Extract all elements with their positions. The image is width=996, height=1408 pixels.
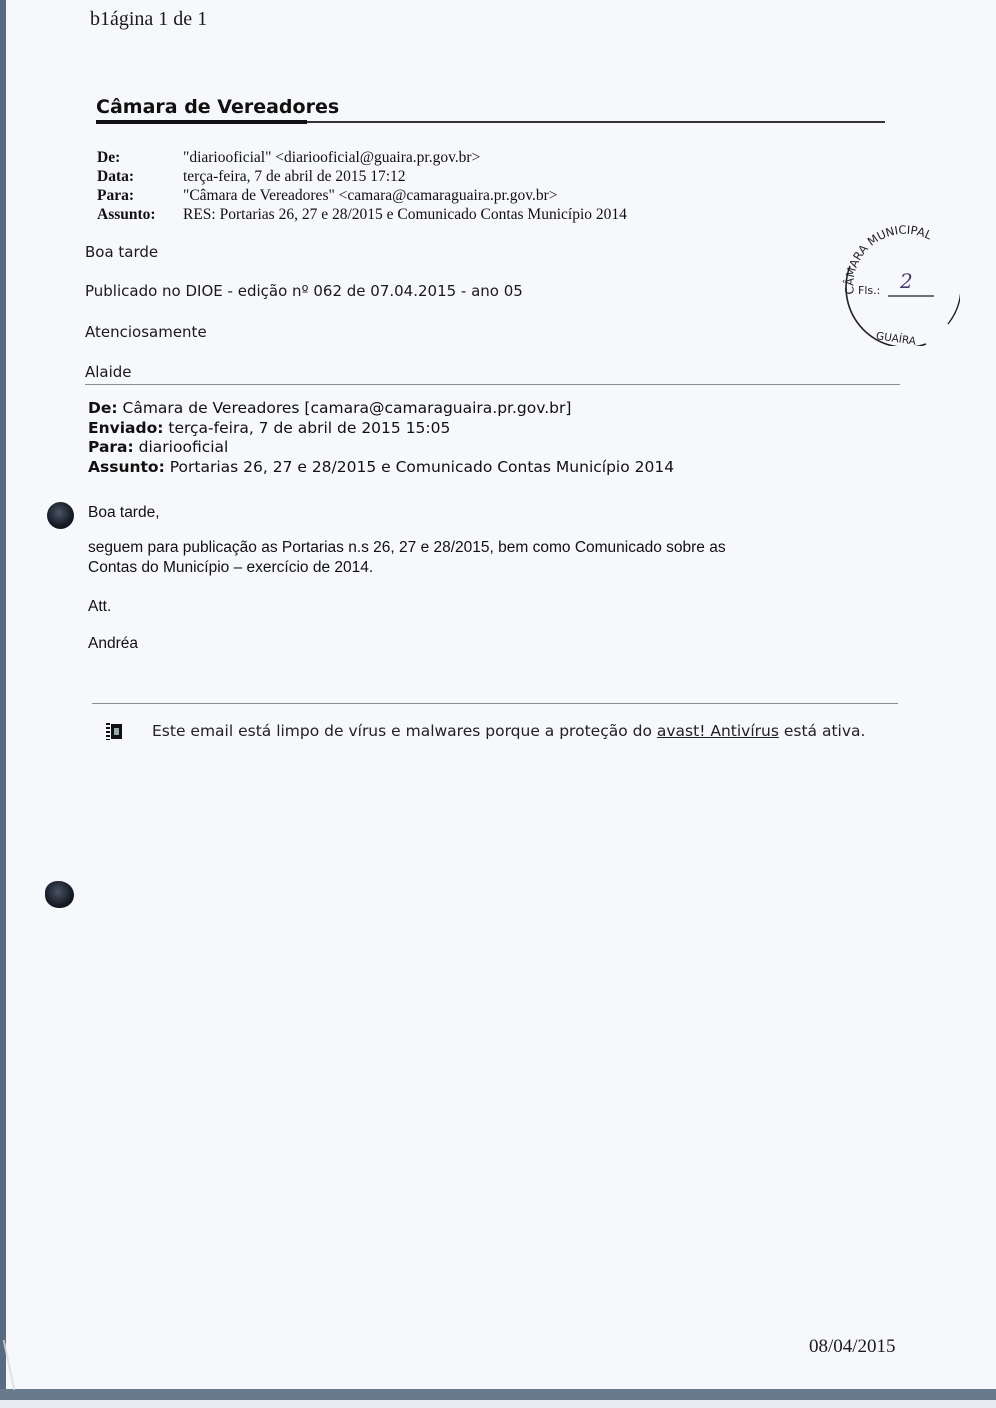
stamp-top-text: CÂMARA MUNICIPAL xyxy=(841,223,934,295)
meta-value: terça-feira, 7 de abril de 2015 17:12 xyxy=(183,167,627,186)
meta-value: Portarias 26, 27 e 28/2015 e Comunicado … xyxy=(170,458,674,476)
scanner-bottom-edge xyxy=(0,1389,996,1400)
stamp-handwritten-number: 2 xyxy=(899,269,913,293)
meta-row-subject: Assunto: RES: Portarias 26, 27 e 28/2015… xyxy=(97,205,627,224)
scanner-bottom-strip xyxy=(0,1400,996,1408)
meta-label: Assunto: xyxy=(88,458,165,476)
meta-label: Assunto: xyxy=(97,205,183,224)
message-separator xyxy=(85,384,900,385)
meta-value: terça-feira, 7 de abril de 2015 15:05 xyxy=(168,419,450,437)
meta-label: De: xyxy=(88,399,118,417)
meta-label: Para: xyxy=(97,186,183,205)
document-title: Câmara de Vereadores xyxy=(96,96,339,118)
camara-municipal-stamp: CÂMARA MUNICIPAL Fls.: 2 GUAÍRA xyxy=(836,216,960,346)
original-message-header: De: Câmara de Vereadores [camara@camarag… xyxy=(88,399,674,477)
reply-greeting: Boa tarde xyxy=(85,243,158,261)
meta-value: "Câmara de Vereadores" <camara@camaragua… xyxy=(183,186,627,205)
meta-row-from: De: "diariooficial" <diariooficial@guair… xyxy=(97,148,627,167)
meta-row-to: Para: "Câmara de Vereadores" <camara@cam… xyxy=(97,186,627,205)
meta-value: RES: Portarias 26, 27 e 28/2015 e Comuni… xyxy=(183,205,627,224)
stamp-ring-right xyxy=(948,286,960,324)
title-underline xyxy=(96,120,307,124)
stamp-bottom-text: GUAÍRA xyxy=(875,329,917,346)
orig-closing: Att. xyxy=(88,597,111,616)
reply-closing: Atenciosamente xyxy=(85,323,207,341)
print-footer-date: 08/04/2015 xyxy=(809,1336,896,1358)
orig-meta-subject: Assunto: Portarias 26, 27 e 28/2015 e Co… xyxy=(88,458,674,478)
reply-signature: Alaide xyxy=(85,363,132,381)
avast-logo-icon xyxy=(106,723,122,740)
meta-value: "diariooficial" <diariooficial@guaira.pr… xyxy=(183,148,627,167)
orig-greeting: Boa tarde, xyxy=(88,503,160,522)
meta-value: diariooficial xyxy=(139,438,229,456)
meta-label: Data: xyxy=(97,167,183,186)
reply-line: Publicado no DIOE - edição nº 062 de 07.… xyxy=(85,282,523,300)
binder-hole-bottom xyxy=(45,881,74,908)
stamp-fls-label: Fls.: xyxy=(858,284,880,297)
orig-meta-to: Para: diariooficial xyxy=(88,438,674,458)
orig-line-2: Contas do Município – exercício de 2014. xyxy=(88,558,373,577)
meta-row-date: Data: terça-feira, 7 de abril de 2015 17… xyxy=(97,167,627,186)
orig-meta-from: De: Câmara de Vereadores [camara@camarag… xyxy=(88,399,674,419)
meta-value: Câmara de Vereadores [camara@camaraguair… xyxy=(123,399,572,417)
orig-signature: Andréa xyxy=(88,634,138,653)
print-page-label: b1ágina 1 de 1 xyxy=(90,8,207,31)
antivirus-text-before: Este email está limpo de vírus e malware… xyxy=(152,722,657,740)
signature-separator xyxy=(92,703,898,704)
antivirus-text: Este email está limpo de vírus e malware… xyxy=(152,722,865,740)
orig-line-1: seguem para publicação as Portarias n.s … xyxy=(88,538,726,557)
reply-meta-table: De: "diariooficial" <diariooficial@guair… xyxy=(97,148,627,224)
antivirus-notice: Este email está limpo de vírus e malware… xyxy=(106,722,865,740)
meta-label: Para: xyxy=(88,438,134,456)
scanner-left-edge xyxy=(0,0,6,1400)
binder-hole-top xyxy=(47,502,74,529)
antivirus-text-after: está ativa. xyxy=(779,722,866,740)
orig-meta-sent: Enviado: terça-feira, 7 de abril de 2015… xyxy=(88,419,674,439)
meta-label: De: xyxy=(97,148,183,167)
meta-label: Enviado: xyxy=(88,419,163,437)
avast-antivirus-link[interactable]: avast! Antivírus xyxy=(657,722,779,740)
